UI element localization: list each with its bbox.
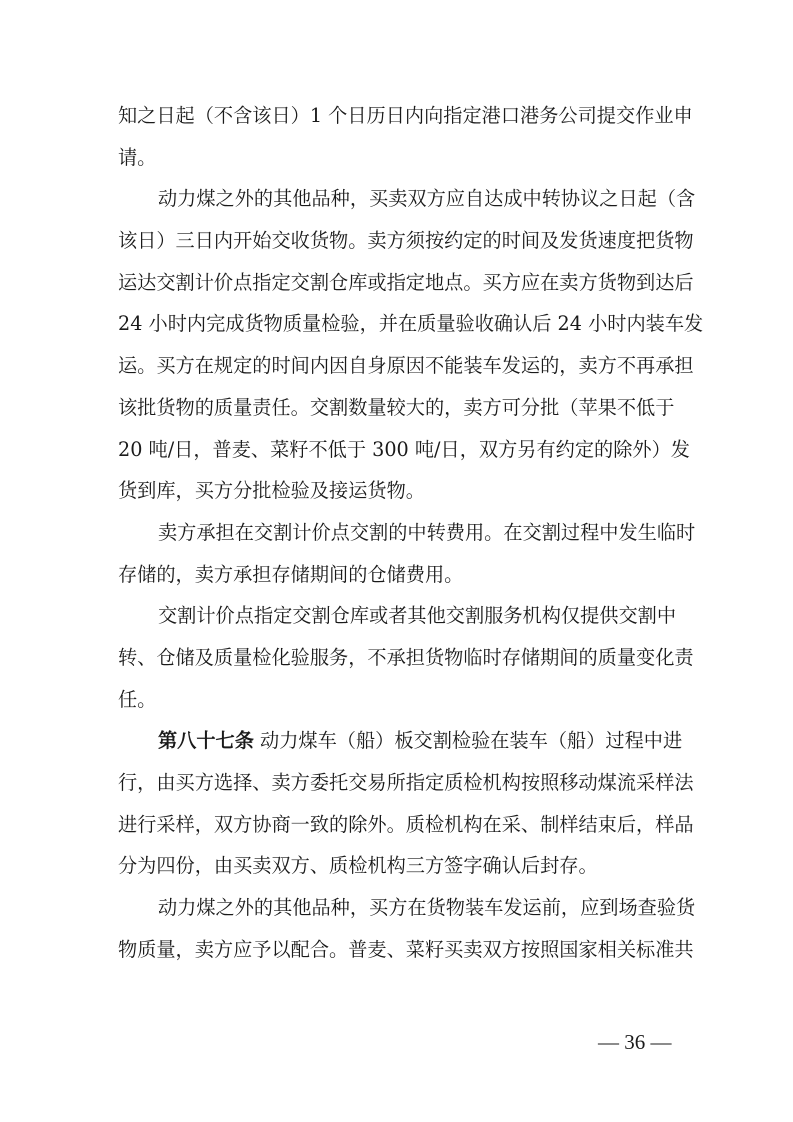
text-line: 货到库，买方分批检验及接运货物。 <box>118 470 673 512</box>
text-line: 该批货物的质量责任。交割数量较大的，卖方可分批（苹果不低于 <box>118 387 673 429</box>
text-line: 运。买方在规定的时间内因自身原因不能装车发运的，卖方不再承担 <box>118 345 673 387</box>
text-line: 转、仓储及质量检化验服务，不承担货物临时存储期间的质量变化责 <box>118 637 673 679</box>
paragraph-start-line: 卖方承担在交割计价点交割的中转费用。在交割过程中发生临时 <box>118 512 673 554</box>
text-line: 运达交割计价点指定交割仓库或指定地点。买方应在卖方货物到达后 <box>118 262 673 304</box>
text-line: 24 小时内完成货物质量检验，并在质量验收确认后 24 小时内装车发 <box>118 303 673 345</box>
paragraph-start-line: 动力煤之外的其他品种，买卖双方应自达成中转协议之日起（含 <box>118 178 673 220</box>
page-number: — 36 — <box>598 1030 672 1055</box>
text-line: 20 吨/日，普麦、菜籽不低于 300 吨/日，双方另有约定的除外）发 <box>118 429 673 471</box>
text-line: 分为四份，由买卖双方、质检机构三方签字确认后封存。 <box>118 845 673 887</box>
document-page: 知之日起（不含该日）1 个日历日内向指定港口港务公司提交作业申 请。 动力煤之外… <box>0 0 793 1122</box>
article-text: 动力煤车（船）板交割检验在装车（船）过程中进 <box>254 729 682 752</box>
text-line: 进行采样，双方协商一致的除外。质检机构在采、制样结束后，样品 <box>118 804 673 846</box>
text-line: 存储的，卖方承担存储期间的仓储费用。 <box>118 554 673 596</box>
text-line: 该日）三日内开始交收货物。卖方须按约定的时间及发货速度把货物 <box>118 220 673 262</box>
document-body: 知之日起（不含该日）1 个日历日内向指定港口港务公司提交作业申 请。 动力煤之外… <box>118 95 673 970</box>
article-title: 第八十七条 <box>158 729 254 752</box>
article-87-start-line: 第八十七条 动力煤车（船）板交割检验在装车（船）过程中进 <box>118 720 673 762</box>
text-line: 任。 <box>118 679 673 721</box>
text-line: 知之日起（不含该日）1 个日历日内向指定港口港务公司提交作业申 <box>118 95 673 137</box>
text-line: 行，由买方选择、卖方委托交易所指定质检机构按照移动煤流采样法 <box>118 762 673 804</box>
paragraph-start-line: 交割计价点指定交割仓库或者其他交割服务机构仅提供交割中 <box>118 595 673 637</box>
text-line: 请。 <box>118 137 673 179</box>
text-line: 物质量，卖方应予以配合。普麦、菜籽买卖双方按照国家相关标准共 <box>118 929 673 971</box>
paragraph-start-line: 动力煤之外的其他品种，买方在货物装车发运前，应到场查验货 <box>118 887 673 929</box>
